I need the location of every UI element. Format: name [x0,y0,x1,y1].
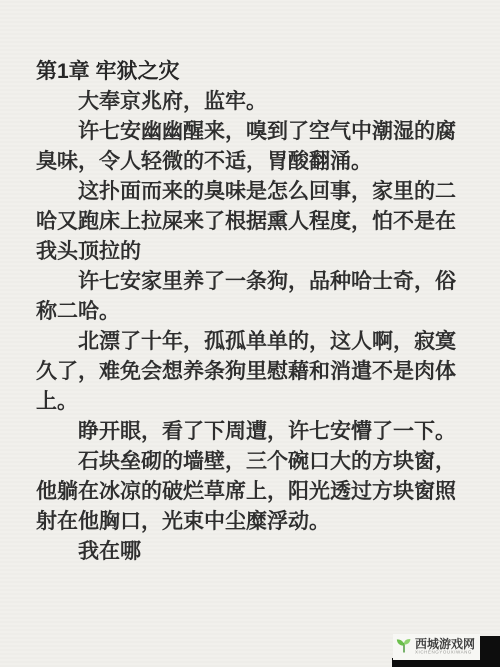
paragraph: 睁开眼，看了下周遭，许七安懵了一下。 [36,417,466,447]
chapter-title: 第1章 牢狱之灾 [36,57,466,87]
chapter-text-column: 第1章 牢狱之灾 大奉京兆府，监牢。 许七安幽幽醒来，嗅到了空气中潮湿的腐臭味，… [36,57,466,567]
paragraph: 北漂了十年，孤孤单单的，这人啊，寂寞久了，难免会想养条狗里慰藉和消遣不是肉体上。 [36,327,466,417]
paragraph: 我在哪 [36,537,466,567]
paragraph: 许七安幽幽醒来，嗅到了空气中潮湿的腐臭味，令人轻微的不适，胃酸翻涌。 [36,117,466,177]
paragraph: 许七安家里养了一条狗，品种哈士奇，俗称二哈。 [36,267,466,327]
sprout-leaf-icon [395,636,413,659]
novel-reader-page: 第1章 牢狱之灾 大奉京兆府，监牢。 许七安幽幽醒来，嗅到了空气中潮湿的腐臭味，… [0,0,500,667]
paragraph: 石块垒砌的墙壁，三个碗口大的方块窗，他躺在冰凉的破烂草席上，阳光透过方块窗照射在… [36,447,466,537]
watermark-site-name: 西城游戏网 [415,638,478,650]
watermark-text-group: 西城游戏网 XICHENGYOUXIWANG [415,638,478,656]
watermark-subtext: XICHENGYOUXIWANG [415,651,472,656]
site-watermark: 西城游戏网 XICHENGYOUXIWANG [393,634,480,660]
paragraph: 这扑面而来的臭味是怎么回事，家里的二哈又跑床上拉屎来了根据熏人程度，怕不是在我头… [36,177,466,267]
paragraph: 大奉京兆府，监牢。 [36,87,466,117]
